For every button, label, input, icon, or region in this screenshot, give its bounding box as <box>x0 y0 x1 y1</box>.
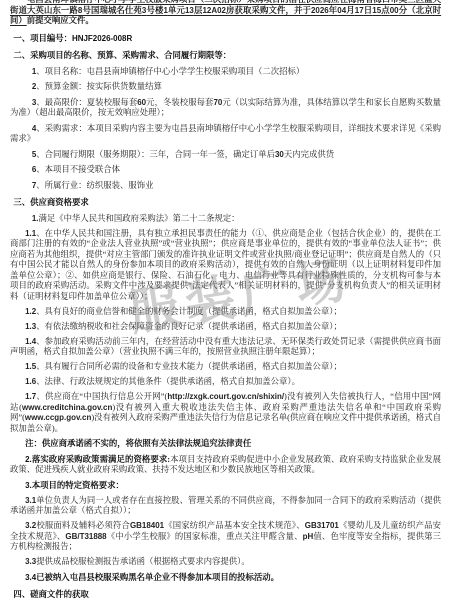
ascii-text: 1.1 <box>25 229 36 238</box>
paragraph-sub: 1.6、法律、行政法规规定的其他条件（提供承诺函，格式自拟加盖公章）。 <box>10 377 441 388</box>
paragraph-item: 5、合同履行期限（服务期限）：三年，合同一年一签，确定订单后30天内完成供货 <box>10 150 441 161</box>
ascii-text: 17 <box>355 6 364 15</box>
paragraph-sub: 1.1、在中华人民共和国注册，具有独立承担民事责任的能力（①、供应商是企业（包括… <box>10 229 441 303</box>
paragraph-item: 2、预算金额：按实际供货数量结算 <box>10 82 441 93</box>
ascii-text: 15 <box>372 6 381 15</box>
paragraph-section: 一、项目编号：HNJF2026-008R <box>10 34 441 45</box>
ascii-text: 1.6 <box>25 377 36 386</box>
paragraph-sub: 1.5、具有履行合同所必需的设备和专业技术能力（提供承诺函，格式自拟加盖公章）； <box>10 362 441 373</box>
announcement-heading: 屯昌县南坤镇榕仔中心小学学生校服采购项目（二次招标）采购项目的潜在供应商应在海南… <box>10 0 441 27</box>
ascii-text: 8 <box>78 6 82 15</box>
paragraph-sub: 1.3、有依法缴纳税收和社会保障资金的良好记录（提供承诺函，格式自拟加盖公章）； <box>10 322 441 333</box>
ascii-text: 13 <box>185 6 194 15</box>
ascii-text: 2 <box>32 82 36 91</box>
paragraph-section: 四、磋商文件的获取 <box>10 590 441 600</box>
paragraph-sub: 3.1单位负责人为同一人或者存在直接控股、管理关系的不同供应商，不得参加同一合同… <box>10 496 441 517</box>
ascii-text: 2026 <box>311 6 329 15</box>
paragraph-lead: 2.落实政府采购政策需满足的资格要求:本项目支持政府采购促进中小企业发展政策、政… <box>10 455 441 476</box>
ascii-text: 70 <box>213 98 222 107</box>
paragraph-item: 3、最高限价：夏装校服每套60元，冬装校服每套70元（以实际结算为准，具体结算以… <box>10 98 441 119</box>
ascii-text: 3.3 <box>25 557 36 566</box>
ascii-text: 7 <box>32 181 36 190</box>
document-body: 一、项目编号：HNJF2026-008R二、采购项目的名称、预算、采购需求、合同… <box>10 34 441 600</box>
ascii-text: 5 <box>32 150 36 159</box>
paragraph-item: 4、采购需求：本项目采购内容主要为屯昌县南坤镇榕仔中心小学学生校服采购项目，详细… <box>10 124 441 145</box>
ascii-text: 1. <box>32 214 39 223</box>
paragraph-sub: 3.3提供成品校服检测报告承诺函（根据格式要求内容提供）。 <box>10 557 441 568</box>
paragraph-section: 三、供应商资格要求 <box>10 198 441 209</box>
paragraph-sub: 1.7、供应商在“中国执行信息公开网”(http://zxgk.court.go… <box>10 392 441 434</box>
ascii-text: 1.4 <box>25 337 36 346</box>
paragraph-sub: 1.4、参加政府采购活动前三年内，在经营活动中没有重大违法记录、无环保类行政处罚… <box>10 337 441 358</box>
ascii-text: 00 <box>390 6 399 15</box>
ascii-text: 3. <box>25 481 32 490</box>
ascii-text: GB18401 <box>130 521 164 530</box>
ascii-text: pH <box>303 532 314 541</box>
ascii-text: 3.2 <box>25 521 36 530</box>
ascii-text: 1.3 <box>25 322 36 331</box>
paragraph-note: 3.4已被纳入屯昌县校服采购黑名单企业不得参加本项目的投标活动。 <box>10 573 441 584</box>
paragraph-item: 1、项目名称：屯昌县南坤镇榕仔中心小学学生校服采购项目（二次招标） <box>10 67 441 78</box>
ascii-text: GB31701 <box>305 521 339 530</box>
ascii-text: 60 <box>137 98 146 107</box>
ascii-text: 3.1 <box>25 496 36 505</box>
ascii-text: 2. <box>25 455 32 464</box>
paragraph-note: 3.本项目的特定资格要求： <box>10 481 441 492</box>
document-content: 屯昌县南坤镇榕仔中心小学学生校服采购项目（二次招标）采购项目的潜在供应商应在海南… <box>0 0 450 600</box>
paragraph-item: 1.满足《中华人民共和国政府采购法》第二十二条规定： <box>10 214 441 225</box>
ascii-text: 1.2 <box>25 307 36 316</box>
ascii-text: 12A02 <box>202 6 225 15</box>
paragraph-sub: 1.2、具有良好的商业信誉和健全的财务会计制度（提供承诺函，格式自拟加盖公章）； <box>10 307 441 318</box>
ascii-text: GB/T31888 <box>65 532 106 541</box>
ascii-text: 30 <box>275 150 284 159</box>
paragraph-note: 注：供应商承诺函不实的，将依照有关法律法规追究法律责任 <box>10 439 441 450</box>
ascii-text: 6 <box>32 165 36 174</box>
ascii-text: 1 <box>32 67 36 76</box>
paragraph-lead: 2.落实政府采购政策需满足的资格要求: <box>25 455 170 464</box>
ascii-text: 3 <box>142 6 146 15</box>
heading-segment: 前提交响应文件。 <box>27 16 94 25</box>
ascii-text: 1.5 <box>25 362 36 371</box>
ascii-text: 3 <box>32 98 36 107</box>
ascii-text: 3.4 <box>25 573 36 582</box>
ascii-text: 04 <box>337 6 346 15</box>
paragraph-sub: 3.2校服面料及辅料必须符合GB18401《国家纺织产品基本安全技术规范》、GB… <box>10 521 441 553</box>
ascii-text: www.creditchina.gov.cn <box>22 403 112 412</box>
paragraph-section: 二、采购项目的名称、预算、采购需求、合同履行期限等： <box>10 51 441 62</box>
ascii-text: http://zxgk.court.gov.cn/shixin/ <box>167 392 284 401</box>
paragraph-item: 7、所属行业：纺织服装、服饰业 <box>10 181 441 192</box>
procurement-announcement-page: 屯昌县南坤镇榕仔中心小学学生校服采购项目（二次招标）采购项目的潜在供应商应在海南… <box>0 0 450 600</box>
ascii-text: 1 <box>163 6 167 15</box>
ascii-text: 4 <box>32 124 36 133</box>
ascii-text: 1.7 <box>25 392 36 401</box>
ascii-text: www.ccgp.gov.cn <box>25 413 91 422</box>
paragraph-item: 6、本项目不接受联合体 <box>10 165 441 176</box>
ascii-text: HNJF2026-008R <box>72 34 132 43</box>
